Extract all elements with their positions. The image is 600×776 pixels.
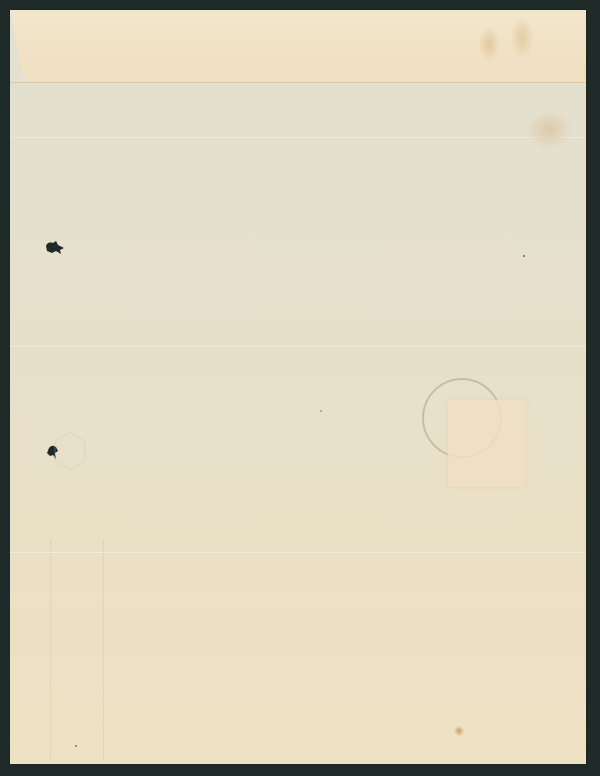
flap-notch xyxy=(10,10,24,82)
ink-spot-upper xyxy=(44,240,66,256)
fold-line-1 xyxy=(10,137,586,139)
stain-bottom xyxy=(454,726,464,736)
stain-top-right-2 xyxy=(510,16,534,60)
ruled-line-left xyxy=(50,540,52,760)
speck xyxy=(523,255,525,257)
hexagonal-watermark xyxy=(52,430,88,472)
stain-right-edge xyxy=(525,110,573,150)
fold-line-2 xyxy=(10,346,586,348)
speck xyxy=(75,745,77,747)
letter-sheet xyxy=(10,10,586,764)
fold-line-3 xyxy=(10,552,586,554)
speck xyxy=(320,410,322,412)
stamp-residue xyxy=(448,400,525,487)
ruled-line-right xyxy=(103,540,105,760)
stain-top-right-1 xyxy=(478,26,500,62)
